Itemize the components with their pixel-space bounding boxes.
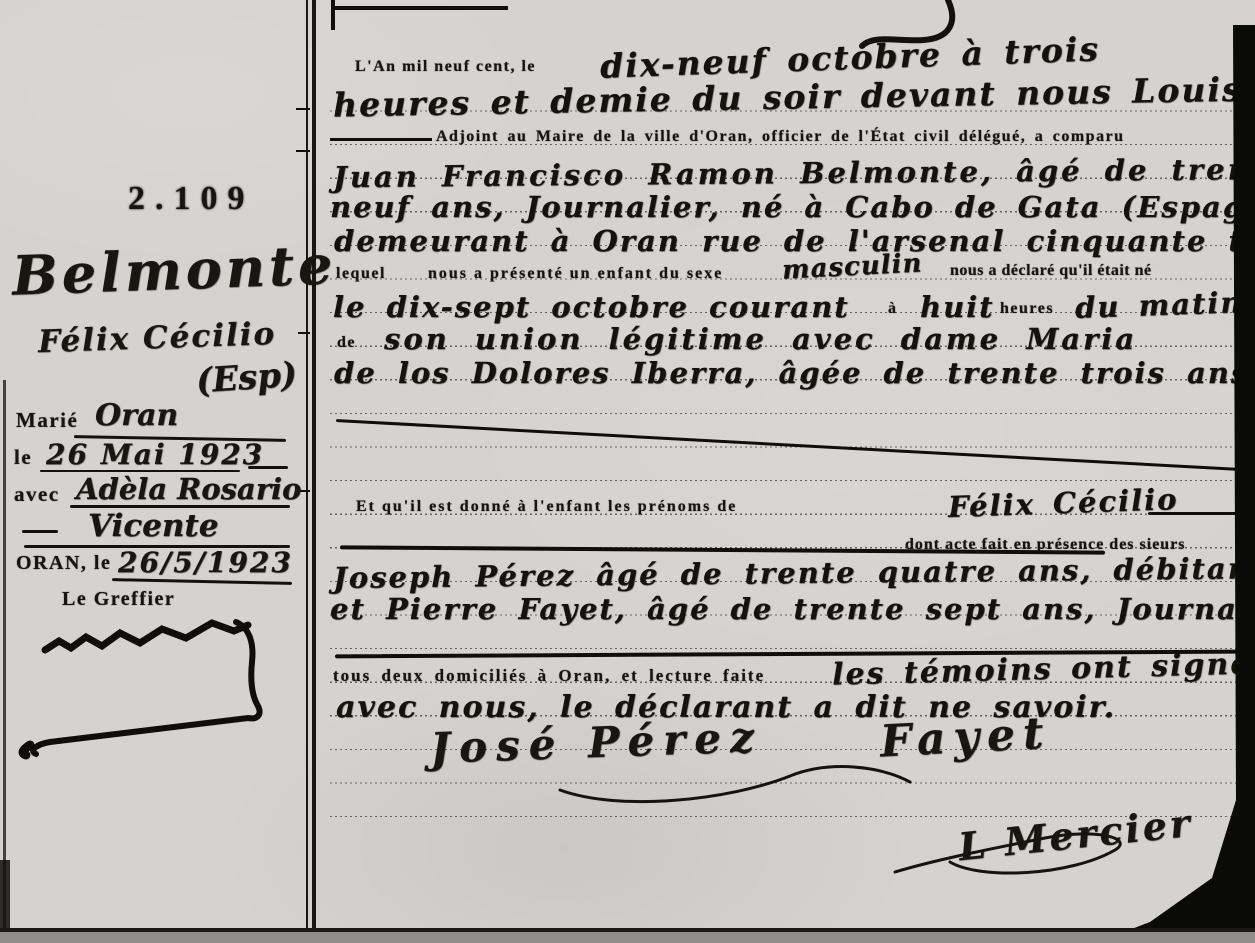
at-printed: à [888,300,898,318]
record-date-underline [112,578,292,585]
rule-tick [296,108,310,110]
marriage-date-dash [248,466,288,469]
presented-printed-3: nous a déclaré qu'il était né [950,262,1152,280]
witness2-hand: et Pierre Fayet, âgé de trente sept ans,… [330,592,1255,626]
margin-official-title: Le Greffier [62,588,175,611]
rule-tick [298,332,310,334]
names-trailing-dash [1148,512,1240,515]
binding-edge-line [3,380,6,935]
greffier-signature-scribble [45,623,248,650]
marriage-with-label: avec [14,482,60,507]
hour-hand: huit [920,290,995,324]
form-corner-horizontal [333,6,508,10]
rule-tick [296,150,310,152]
union-hand: son union légitime avec dame Maria [384,322,1137,356]
binding-edge-shadow [0,860,10,935]
greffier-signature-end-blob [23,745,30,755]
witness2-signature: Fayet [879,708,1053,768]
act-number: 2.109 [128,180,255,218]
page-bottom-band [0,932,1255,943]
of-printed: de [337,334,356,352]
marriage-married-place: Oran [95,398,178,433]
closing-printed: tous deux domiciliés à Oran, et lecture … [333,666,765,686]
marriage-spouse-1: Adèla Rosario [76,472,301,506]
morning-hand: du matin [1074,285,1244,325]
opening-printed: L'An mil neuf cent, le [355,58,536,76]
margin-surname: Belmonte [11,232,337,307]
margin-record-date: 26/5/1923 [118,546,293,579]
marriage-married-label: Marié [16,408,78,433]
margin-record-place: ORAN, le [16,552,111,575]
blank-line-before-adjoint [330,138,432,141]
margin-given-names: Félix Cécilio [37,316,276,360]
names-printed: Et qu'il est donné à l'enfant les prénom… [356,498,737,516]
margin-origin-note: (Esp) [195,355,299,402]
spouse2-lead-dash [22,530,58,533]
marriage-date-label: le [14,445,32,470]
birth-act-scan: 2.109 Belmonte Félix Cécilio (Esp) Marié… [0,0,1255,943]
margin-rule-thin [306,0,308,943]
page-bottom-edge-line [0,928,1255,932]
form-corner-vertical [331,0,335,30]
mother-hand: de los Dolores Iberra, âgée de trente tr… [334,356,1255,390]
birthdate-hand: le dix-sept octobre courant [333,290,850,324]
declarant-hand-3: demeurant à Oran rue de l'arsenal cinqua… [334,224,1255,258]
presented-printed-1: lequel [336,265,386,283]
greffier-signature-flourish [33,622,259,754]
presented-printed-2: nous a présenté un enfant du sexe [428,265,723,283]
margin-rule-thick [312,0,316,943]
hours-printed: heures [1000,300,1054,318]
marriage-spouse-2: Vicente [88,508,218,544]
marriage-date: 26 Mai 1923 [46,438,264,471]
declarant-hand-2: neuf ans, Journalier, né à Cabo de Gata … [330,190,1255,224]
official-printed: Adjoint au Maire de la ville d'Oran, off… [436,128,1125,146]
